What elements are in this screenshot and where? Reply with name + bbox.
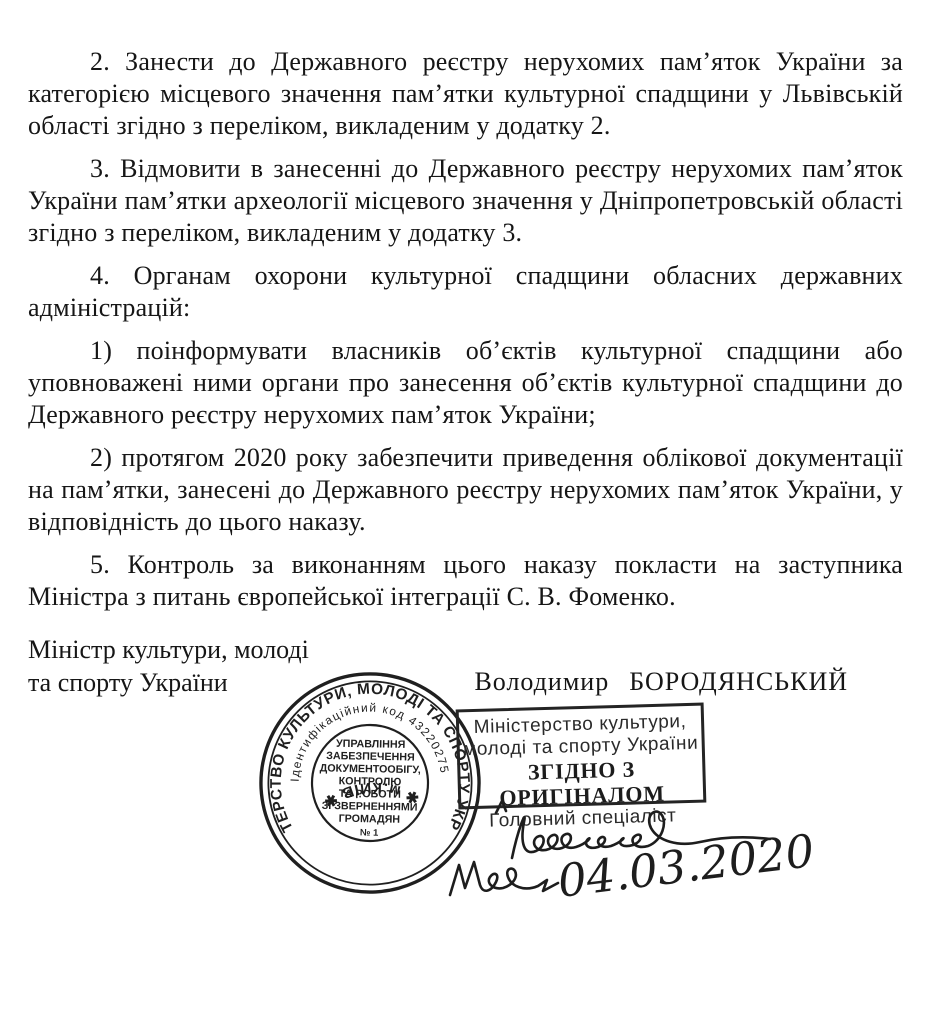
handwriting-graphic: 04.03.2020 (430, 795, 860, 920)
seal-center-line-6: ЗІ ЗВЕРНЕННЯМИ (322, 800, 418, 814)
seal-center-line-3: ДОКУМЕНТООБІГУ, (320, 762, 421, 776)
minister-name: ВолодимирБОРОДЯНСЬКИЙ (474, 665, 848, 699)
paragraph-5: 5. Контроль за виконанням цього наказу п… (28, 549, 903, 613)
seal-center-line-2: ЗАБЕЗПЕЧЕННЯ (326, 750, 415, 764)
minister-first-name: Володимир (474, 667, 609, 696)
handwriting-overlay: 04.03.2020 (430, 795, 860, 920)
minister-title-line1: Міністр культури, молоді (28, 633, 309, 666)
order-text-body: 2. Занести до Державного реєстру нерухом… (0, 0, 950, 699)
signature-caret-mark (496, 801, 506, 813)
seal-center-line-1: УПРАВЛІННЯ (336, 738, 405, 751)
signature-scribble-initials (450, 862, 558, 895)
document-page: 2. Занести до Державного реєстру нерухом… (0, 0, 950, 1024)
seal-center-line-7: ГРОМАДЯН (339, 813, 401, 826)
seal-center-number: № 1 (360, 826, 379, 837)
seal-center-line-4: КОНТРОЛЮ (339, 775, 402, 788)
handwritten-date: 04.03.2020 (555, 824, 817, 908)
certification-stamp: Міністерство культури, молоді та спорту … (456, 703, 707, 810)
subparagraph-2: 2) протягом 2020 року забезпечити привед… (28, 442, 903, 538)
paragraph-3: 3. Відмовити в занесенні до Державного р… (28, 153, 903, 249)
seal-center-line-5: ТА РОБОТИ (339, 788, 401, 801)
paragraph-2: 2. Занести до Державного реєстру нерухом… (28, 46, 903, 142)
minister-last-name: БОРОДЯНСЬКИЙ (629, 667, 848, 696)
paragraph-4: 4. Органам охорони культурної спадщини о… (28, 260, 903, 324)
subparagraph-1: 1) поінформувати власників об’єктів куль… (28, 335, 903, 431)
